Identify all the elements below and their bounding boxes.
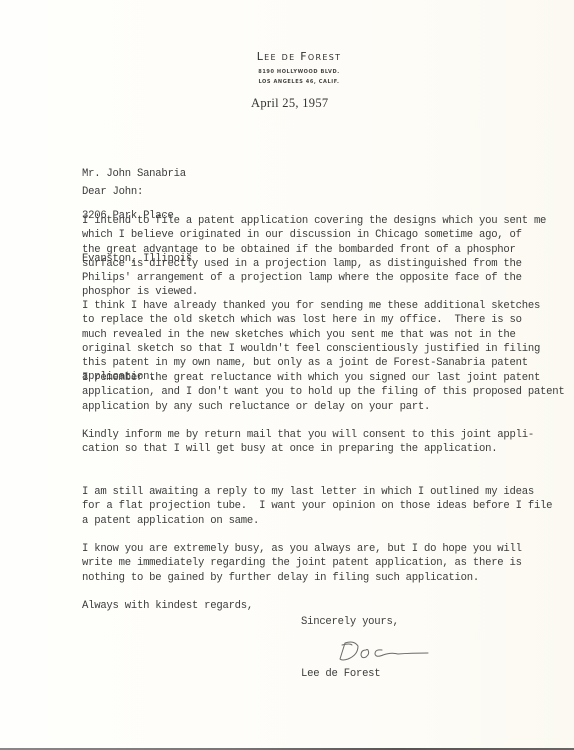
paragraph-line: application, and I don't want you to hol… xyxy=(82,385,564,399)
paragraph-line: original sketch so that I wouldn't feel … xyxy=(82,342,540,356)
paragraph-6: I know you are extremely busy, as you al… xyxy=(82,542,522,585)
paragraph-line: I am still awaiting a reply to my last l… xyxy=(82,485,552,499)
paragraph-line: I think I have already thanked you for s… xyxy=(82,299,540,313)
paragraph-line: Kindly inform me by return mail that you… xyxy=(82,428,534,442)
paragraph-line: the great advantage to be obtained if th… xyxy=(82,243,546,257)
signer-name: Lee de Forest xyxy=(301,667,380,681)
paragraph-line: application by any such reluctance or de… xyxy=(82,400,564,414)
letter-date: April 25, 1957 xyxy=(251,96,328,111)
paragraph-line: I know you are extremely busy, as you al… xyxy=(82,542,522,556)
paragraph-4: Kindly inform me by return mail that you… xyxy=(82,428,534,457)
paragraph-line: to replace the old sketch which was lost… xyxy=(82,313,540,327)
complimentary-close: Sincerely yours, xyxy=(301,615,399,629)
closing-line: Always with kindest regards, xyxy=(82,599,253,613)
salutation: Dear John: xyxy=(82,185,143,199)
paragraph-line: I intend to file a patent application co… xyxy=(82,214,546,228)
handwritten-signature: Doc xyxy=(336,637,436,665)
paragraph-line: I remember the great reluctance with whi… xyxy=(82,371,564,385)
paragraph-5: I am still awaiting a reply to my last l… xyxy=(82,485,552,528)
letterhead-address-line2: Los Angeles 46, Calif. xyxy=(12,79,574,85)
paragraph-3: I remember the great reluctance with whi… xyxy=(82,371,564,414)
letterhead-address-line1: 8190 Hollywood Blvd. xyxy=(12,69,574,75)
letter-page: Lee de Forest 8190 Hollywood Blvd. Los A… xyxy=(0,0,574,748)
paragraph-line: phosphor is viewed. xyxy=(82,285,546,299)
paragraph-line: surface is directly used in a projection… xyxy=(82,257,546,271)
paragraph-line: which I believe originated in our discus… xyxy=(82,228,546,242)
paragraph-line: cation so that I will get busy at once i… xyxy=(82,442,534,456)
letterhead-name: Lee de Forest xyxy=(12,50,574,63)
paragraph-line: nothing to be gained by further delay in… xyxy=(82,571,522,585)
paragraph-1: I intend to file a patent application co… xyxy=(82,214,546,300)
paragraph-line: this patent in my own name, but only as … xyxy=(82,356,540,370)
paragraph-line: a patent application on same. xyxy=(82,514,552,528)
paragraph-line: write me immediately regarding the joint… xyxy=(82,556,522,570)
paragraph-line: for a flat projection tube. I want your … xyxy=(82,499,552,513)
recipient-name: Mr. John Sanabria xyxy=(82,167,192,181)
paragraph-line: Philips' arrangement of a projection lam… xyxy=(82,271,546,285)
paragraph-line: much revealed in the new sketches which … xyxy=(82,328,540,342)
